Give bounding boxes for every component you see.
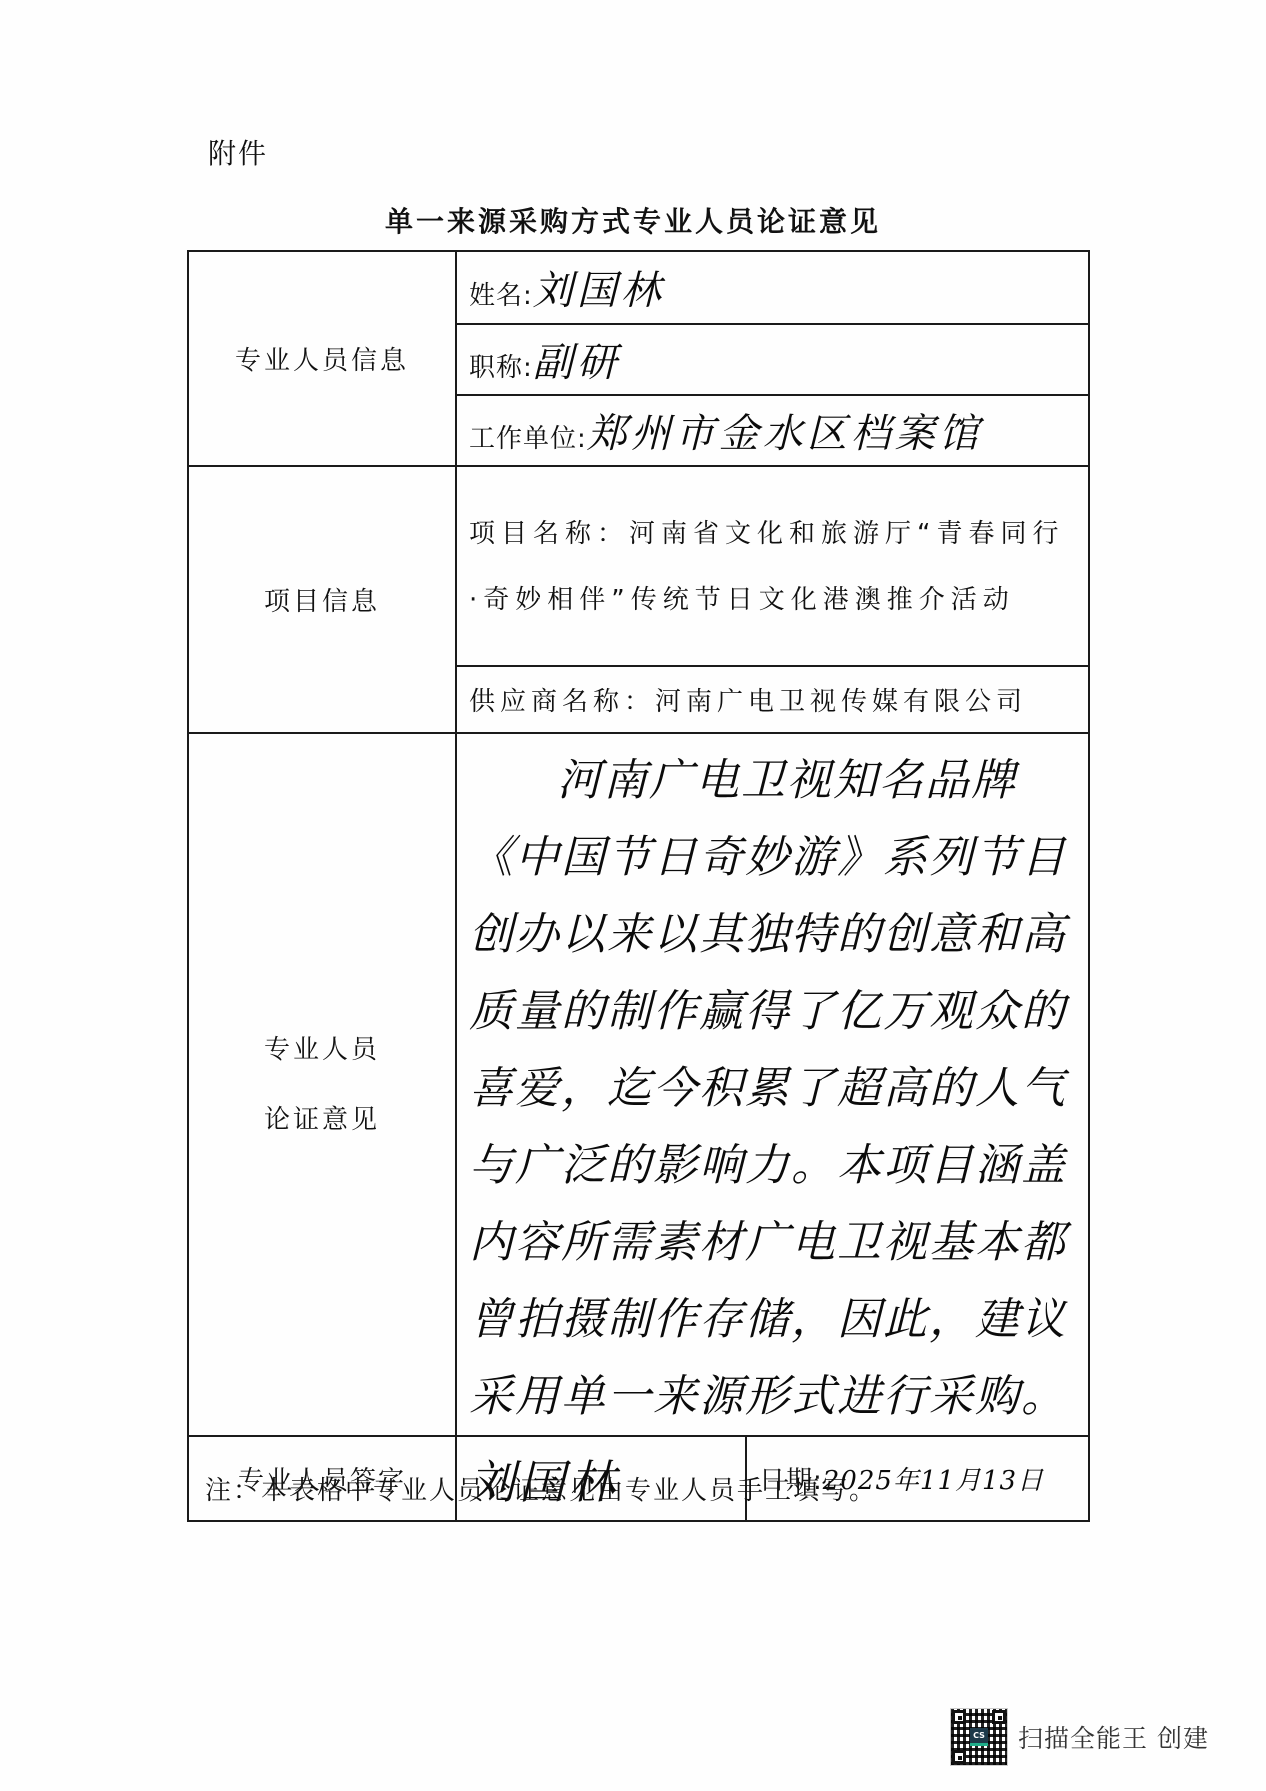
camscanner-logo-icon: CS <box>970 1728 988 1746</box>
name-field: 姓名:刘国林 <box>456 251 1089 324</box>
handwritten-opinion: 河南广电卫视知名品牌《中国节日奇妙游》系列节目创办以来以其独特的创意和高质量的制… <box>469 742 1080 1435</box>
attachment-label: 附件 <box>208 132 268 172</box>
qr-code-icon: CS <box>950 1708 1008 1766</box>
project-info-label: 项目信息 <box>188 466 456 733</box>
unit-field: 工作单位:郑州市金水区档案馆 <box>456 395 1089 466</box>
name-row: 专业人员信息 姓名:刘国林 <box>188 251 1089 324</box>
title-label: 职称: <box>469 353 533 383</box>
document-page: 附件 单一来源采购方式专业人员论证意见 专业人员信息 姓名:刘国林 职称:副研 … <box>0 0 1266 1791</box>
opinion-label-line2: 论证意见 <box>189 1085 455 1155</box>
opinion-cell: 河南广电卫视知名品牌《中国节日奇妙游》系列节目创办以来以其独特的创意和高质量的制… <box>456 733 1089 1436</box>
supplier-label: 供应商名称： <box>469 687 655 717</box>
project-name-field: 项目名称：河南省文化和旅游厅“青春同行·奇妙相伴”传统节日文化港澳推介活动 <box>456 466 1089 666</box>
expert-opinion-form: 专业人员信息 姓名:刘国林 职称:副研 工作单位:郑州市金水区档案馆 项目信息 … <box>187 250 1090 1522</box>
supplier-field: 供应商名称：河南广电卫视传媒有限公司 <box>456 666 1089 733</box>
unit-value: 郑州市金水区档案馆 <box>587 411 983 457</box>
expert-info-label: 专业人员信息 <box>188 251 456 466</box>
opinion-label-line1: 专业人员 <box>189 1015 455 1085</box>
name-value: 刘国林 <box>533 268 665 314</box>
title-field: 职称:副研 <box>456 324 1089 395</box>
title-value: 副研 <box>533 340 621 386</box>
opinion-label: 专业人员 论证意见 <box>188 733 456 1436</box>
document-title: 单一来源采购方式专业人员论证意见 <box>0 200 1266 240</box>
supplier-value: 河南广电卫视传媒有限公司 <box>655 687 1027 717</box>
project-name-label: 项目名称： <box>469 519 629 549</box>
unit-label: 工作单位: <box>469 424 587 454</box>
project-name-row: 项目信息 项目名称：河南省文化和旅游厅“青春同行·奇妙相伴”传统节日文化港澳推介… <box>188 466 1089 666</box>
footer-note: 注：本表格中专业人员论证意见由专业人员手工填写。 <box>205 1470 877 1507</box>
scanner-watermark: CS 扫描全能王 创建 <box>950 1708 1209 1766</box>
name-label: 姓名: <box>469 281 533 311</box>
opinion-row: 专业人员 论证意见 河南广电卫视知名品牌《中国节日奇妙游》系列节目创办以来以其独… <box>188 733 1089 1436</box>
watermark-text: 扫描全能王 创建 <box>1018 1719 1209 1755</box>
